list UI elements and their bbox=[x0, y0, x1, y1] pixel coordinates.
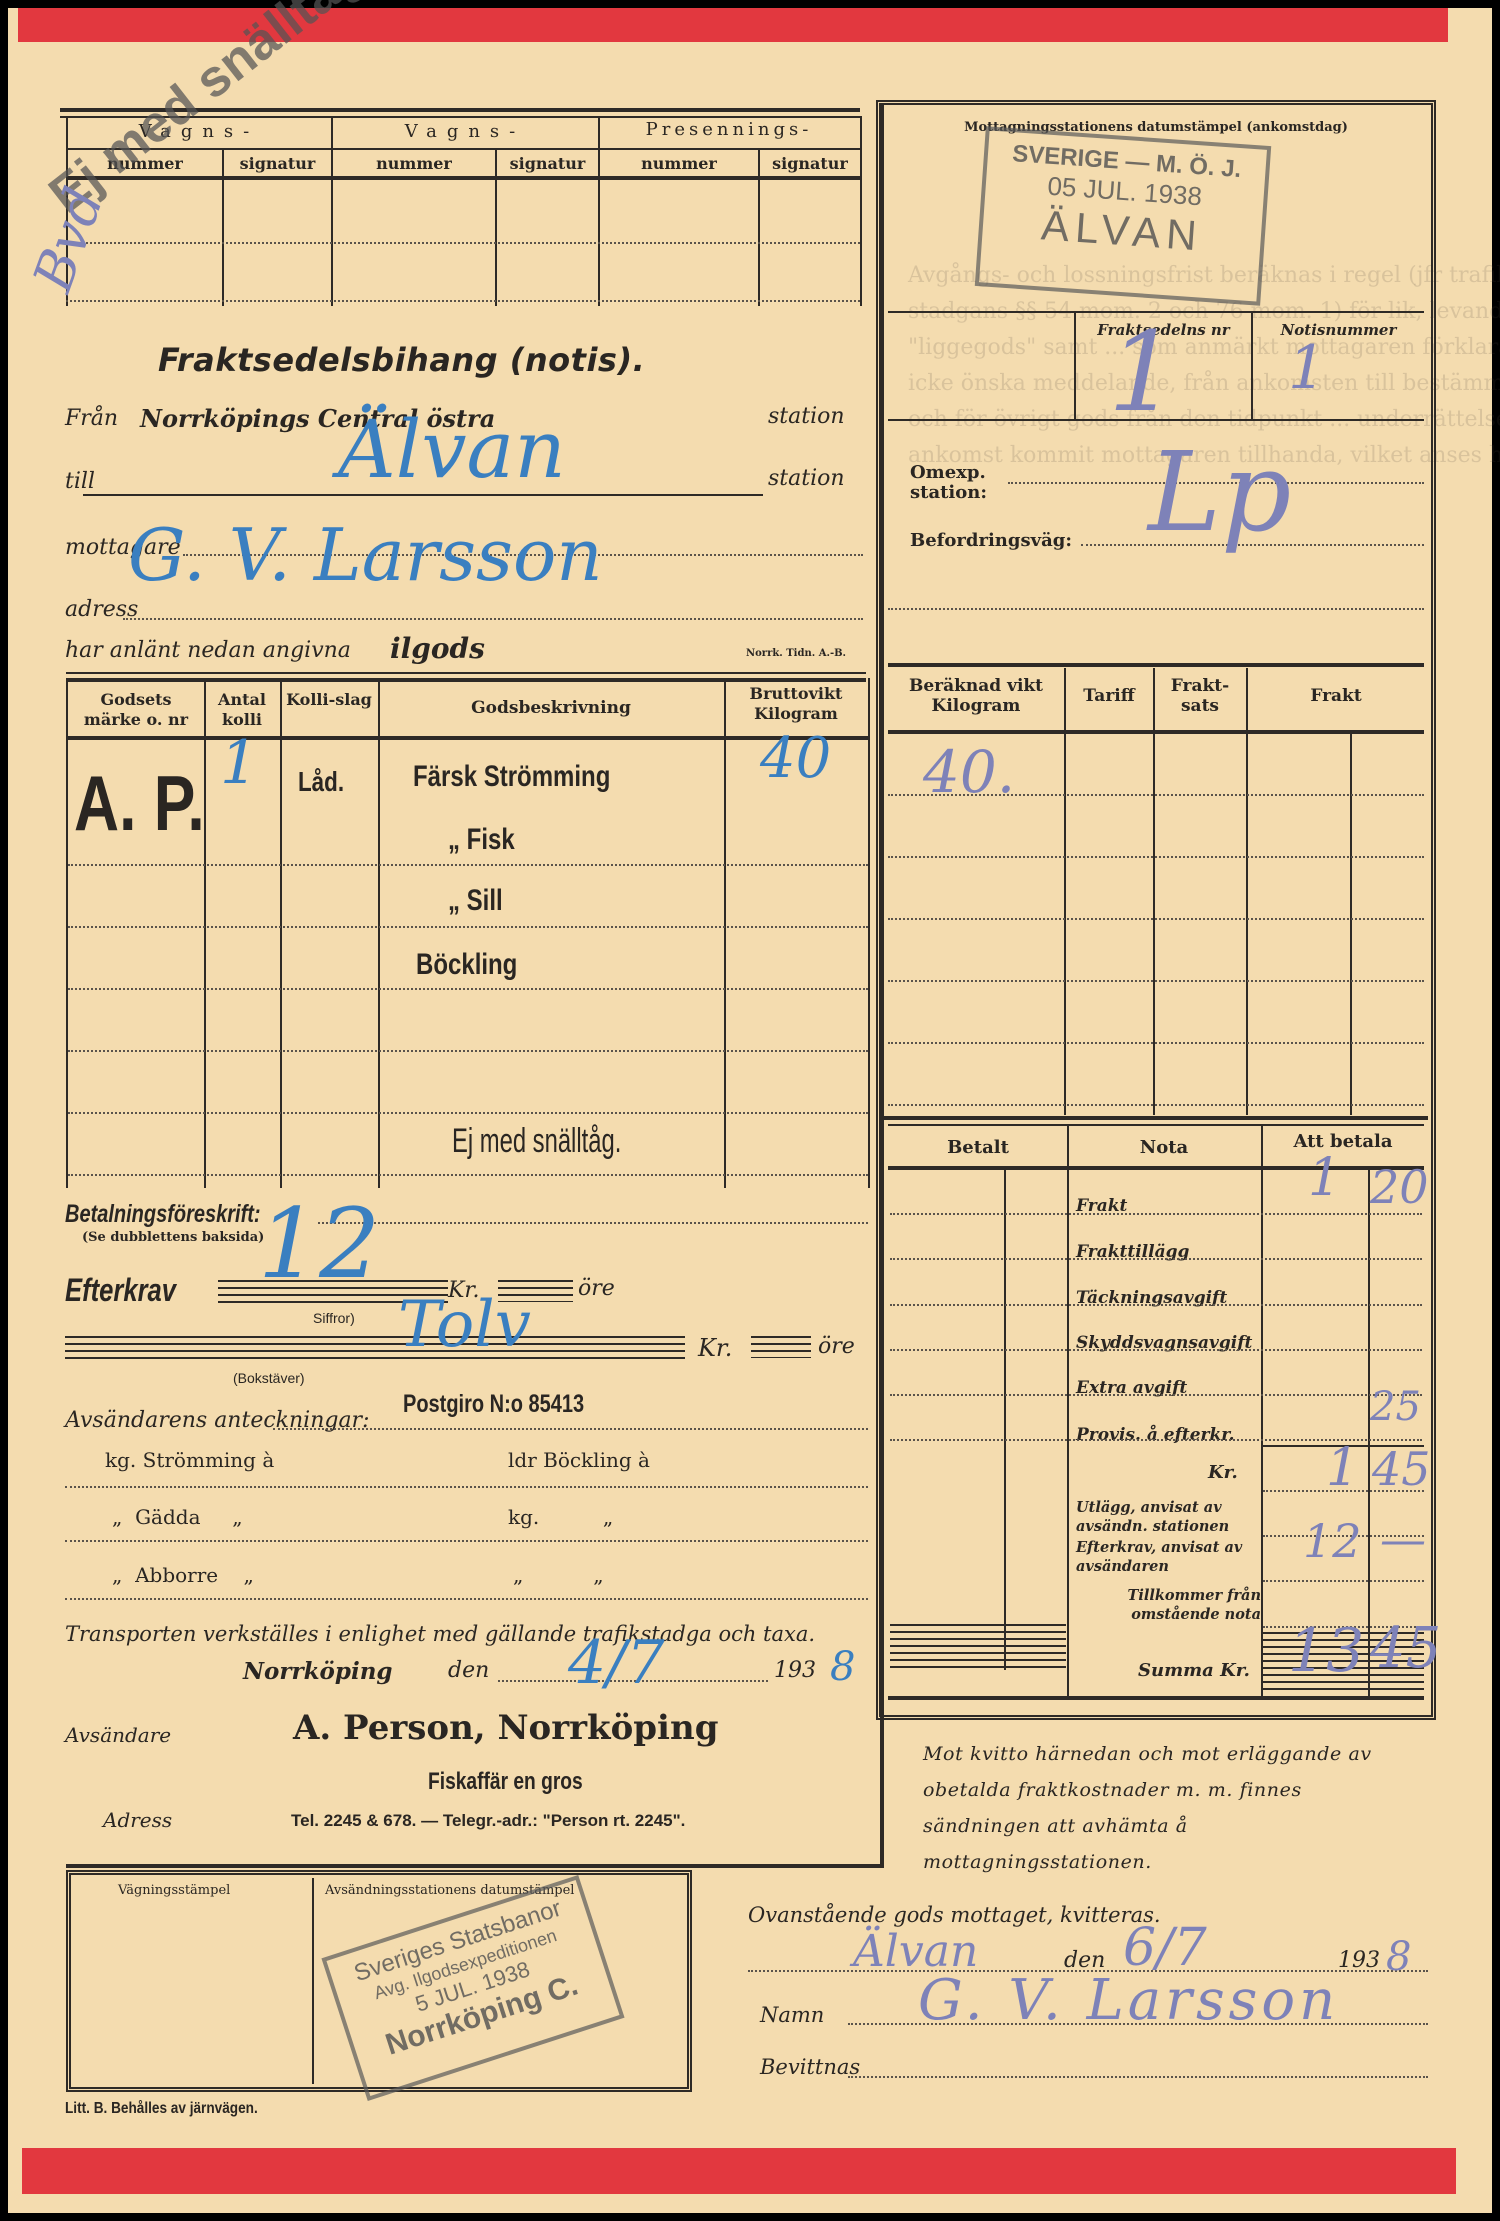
left-form-bottom-border bbox=[66, 1864, 884, 1868]
nota-sum-kr[interactable]: 13 bbox=[1288, 1616, 1364, 1686]
letters-ore-label: öre bbox=[818, 1334, 855, 1359]
goods-row-3 bbox=[68, 988, 868, 990]
notice-number-value[interactable]: 1 bbox=[1288, 333, 1326, 403]
sender-address-label: Adress bbox=[103, 1808, 172, 1832]
freight-header-rule bbox=[888, 730, 1424, 734]
notes-line-2-left: „ Gädda „ bbox=[112, 1505, 243, 1529]
letters-label: (Bokstäver) bbox=[233, 1370, 305, 1386]
goods-header-type: Kolli-slag bbox=[282, 690, 376, 710]
sender-label: Avsändare bbox=[65, 1723, 171, 1747]
notes-rule-1 bbox=[65, 1486, 868, 1488]
freight-row-1 bbox=[888, 794, 1424, 796]
freight-col-2 bbox=[1153, 668, 1155, 1115]
wagon-row-line-2 bbox=[66, 300, 860, 302]
bottom-red-band bbox=[22, 2148, 1456, 2194]
nota-kr-label: Kr. bbox=[1208, 1462, 1238, 1483]
nota-line-9 bbox=[1263, 1580, 1424, 1582]
postgiro: Postgiro N:o 85413 bbox=[403, 1390, 584, 1419]
margin-signature: Bvd bbox=[21, 180, 116, 300]
nota-line-7 bbox=[1263, 1490, 1424, 1492]
tarp-sub-nummer: nummer bbox=[600, 154, 758, 174]
notice-number-label: Notisnummer bbox=[1253, 321, 1424, 339]
notes-rule-2 bbox=[65, 1540, 868, 1542]
dispatch-year[interactable]: 8 bbox=[830, 1644, 855, 1690]
goods-header-rule bbox=[68, 736, 868, 740]
stamp-boxes-divider bbox=[312, 1878, 314, 2084]
dispatch-place: Norrköping bbox=[243, 1658, 393, 1685]
nota-col-2 bbox=[1261, 1124, 1263, 1698]
nota-betalt-sub bbox=[1004, 1170, 1006, 1670]
freight-col-3 bbox=[1246, 668, 1248, 1115]
waybill-paper: Avgångs- och lossningsfrist beräknas i r… bbox=[8, 8, 1492, 2213]
nota-header-to-pay: Att betala bbox=[1263, 1132, 1423, 1152]
receipt-witness-line bbox=[848, 2076, 1428, 2078]
goods-top-rule bbox=[66, 672, 866, 674]
goods-count[interactable]: 1 bbox=[220, 728, 258, 798]
nota-kr-total-kr[interactable]: 1 bbox=[1326, 1438, 1359, 1498]
notes-line-3-right: „ „ bbox=[513, 1563, 604, 1587]
sender-contact: Tel. 2245 & 678. — Telegr.-adr.: "Person… bbox=[291, 1811, 685, 1831]
arrival-rule-3 bbox=[888, 663, 1424, 667]
goods-item-3: „ Sill bbox=[448, 884, 503, 918]
freight-row-6 bbox=[888, 1104, 1424, 1106]
cod-label: Efterkrav bbox=[65, 1272, 176, 1309]
cod-ore-label: öre bbox=[578, 1276, 615, 1301]
freight-col-4 bbox=[1350, 732, 1352, 1115]
nota-line-4 bbox=[890, 1349, 1422, 1351]
goods-package-type: Låd. bbox=[298, 766, 344, 798]
freight-row-2 bbox=[888, 856, 1424, 858]
from-station-label: station bbox=[768, 404, 845, 429]
goods-header-mark: Godsets märke o. nr bbox=[70, 690, 202, 730]
dispatch-den: den bbox=[448, 1658, 489, 1683]
freight-col-1 bbox=[1064, 668, 1066, 1115]
goods-row-6 bbox=[68, 1174, 868, 1176]
goods-item-1: Färsk Strömming bbox=[413, 760, 610, 794]
to-label: till bbox=[65, 469, 95, 494]
route-line-2 bbox=[888, 608, 1424, 610]
nota-line-1 bbox=[890, 1213, 1422, 1215]
freight-header-weight: Beräknad vikt Kilogram bbox=[890, 676, 1062, 716]
goods-row-1 bbox=[68, 864, 868, 866]
notes-line-1-right: ldr Böckling à bbox=[508, 1448, 650, 1472]
nota-cod-ore[interactable]: — bbox=[1380, 1512, 1426, 1566]
freight-header-rate: Frakt-sats bbox=[1155, 676, 1245, 716]
nota-frakt-kr[interactable]: 1 bbox=[1308, 1148, 1341, 1208]
cod-letters-field bbox=[65, 1336, 685, 1364]
transport-note: Transporten verkställes i enlighet med g… bbox=[65, 1622, 815, 1646]
printer-mark: Norrk. Tidn. A.-B. bbox=[746, 648, 846, 659]
wagon-header-rule bbox=[66, 176, 860, 180]
goods-weight[interactable]: 40 bbox=[760, 726, 831, 791]
receipt-name-value[interactable]: G. V. Larsson bbox=[918, 1968, 1339, 2033]
nota-frakt-ore[interactable]: 20 bbox=[1370, 1160, 1429, 1214]
to-value[interactable]: Älvan bbox=[338, 403, 566, 496]
nota-sum-ore[interactable]: 45 bbox=[1370, 1616, 1441, 1681]
nota-top-rule bbox=[884, 1116, 1428, 1120]
goods-header-count: Antal kolli bbox=[206, 690, 278, 730]
nota-provision-ore[interactable]: 25 bbox=[1370, 1384, 1421, 1430]
letters-kr-label: Kr. bbox=[698, 1334, 732, 1362]
nota-col-1 bbox=[1067, 1124, 1069, 1698]
nota-cod-label: Efterkrav, anvisat av avsändaren bbox=[1076, 1538, 1261, 1576]
paid-total-hatch bbox=[890, 1624, 1066, 1668]
arrived-value: ilgods bbox=[390, 632, 485, 665]
notes-rule-3 bbox=[65, 1598, 868, 1600]
freight-row-3 bbox=[888, 918, 1424, 920]
nota-line-5 bbox=[890, 1394, 1422, 1396]
form-footer: Litt. B. Behålles av järnvägen. bbox=[65, 2100, 258, 2118]
goods-right-edge bbox=[868, 678, 870, 1188]
wagon-sub-signatur-2: signatur bbox=[497, 154, 598, 174]
goods-item-2: „ Fisk bbox=[448, 823, 515, 857]
freight-header-freight: Frakt bbox=[1248, 686, 1424, 706]
freight-row-4 bbox=[888, 980, 1424, 982]
nota-header-paid: Betalt bbox=[890, 1138, 1066, 1158]
reexp-station-label: Omexp. station: bbox=[910, 463, 1000, 503]
sender-business: Fiskaffär en gros bbox=[428, 1768, 583, 1796]
notes-line-3-left: „ Abborre „ bbox=[112, 1563, 254, 1587]
receipt-name-label: Namn bbox=[760, 2003, 824, 2027]
wagon-divider-3 bbox=[860, 116, 862, 306]
nota-outlay-label: Utlägg, anvisat av avsändn. stationen bbox=[1076, 1498, 1261, 1536]
freight-row-5 bbox=[888, 1042, 1424, 1044]
receipt-notice: Mot kvitto härnedan och mot erläggande a… bbox=[923, 1736, 1423, 1880]
cod-figures-value[interactable]: 12 bbox=[258, 1188, 380, 1300]
goods-header-description: Godsbeskrivning bbox=[380, 698, 722, 718]
goods-note: Ej med snälltåg. bbox=[452, 1122, 621, 1161]
nota-kr-total-ore[interactable]: 45 bbox=[1372, 1442, 1431, 1496]
payment-instruction-label: Betalningsföreskrift: bbox=[65, 1200, 261, 1229]
arrival-stamp-label: Mottagningsstationens datumstämpel (anko… bbox=[888, 120, 1424, 135]
route-value[interactable]: Lp bbox=[1148, 428, 1291, 556]
sender-notes-line bbox=[273, 1428, 868, 1430]
nota-line-3 bbox=[890, 1304, 1422, 1306]
receipt-year[interactable]: 8 bbox=[1386, 1934, 1411, 1980]
arrived-label: har anlänt nedan angivna bbox=[65, 638, 351, 663]
wagon-group-2: Vagns- bbox=[333, 122, 597, 142]
nota-line-2 bbox=[890, 1258, 1422, 1260]
nota-bottom-rule bbox=[888, 1696, 1424, 1700]
nota-sum-label: Summa Kr. bbox=[1138, 1660, 1250, 1681]
receipt-received: Ovanstående gods mottaget, kvitteras. bbox=[748, 1903, 1161, 1927]
wagon-divider-1 bbox=[331, 116, 333, 306]
nota-top-rule-2 bbox=[888, 1124, 1424, 1126]
letters-ore-field bbox=[751, 1336, 811, 1358]
route-label: Befordringsväg: bbox=[910, 530, 1072, 551]
wagon-sub-nummer-2: nummer bbox=[333, 154, 495, 174]
tarp-group: Presennings- bbox=[600, 120, 858, 140]
dispatch-date[interactable]: 4/7 bbox=[568, 1628, 665, 1698]
arrival-rule-2 bbox=[888, 419, 1424, 421]
wagon-divider-2 bbox=[598, 116, 600, 306]
nota-header-nota: Nota bbox=[1069, 1138, 1259, 1158]
nota-header-rule bbox=[888, 1166, 1424, 1170]
tarp-sub-signatur: signatur bbox=[760, 154, 860, 174]
receipt-witness-label: Bevittnas bbox=[760, 2055, 860, 2079]
notes-line-1-left: kg. Strömming à bbox=[105, 1448, 274, 1472]
recipient-value[interactable]: G. V. Larsson bbox=[128, 513, 603, 597]
address-line bbox=[123, 618, 863, 620]
weighing-stamp-label: Vägningsstämpel bbox=[118, 1883, 230, 1898]
goods-row-4 bbox=[68, 1050, 868, 1052]
wagon-group-rule bbox=[66, 148, 860, 150]
sender-name: A. Person, Norrköping bbox=[293, 1708, 718, 1748]
goods-item-4: Böckling bbox=[416, 948, 517, 982]
wagon-row-line-1 bbox=[66, 242, 860, 244]
freight-header-tariff: Tariff bbox=[1066, 686, 1152, 706]
nota-cod-kr[interactable]: 12 bbox=[1303, 1514, 1362, 1568]
goods-row-5 bbox=[68, 1112, 868, 1114]
from-label: Från bbox=[65, 406, 118, 431]
dispatch-year-prefix: 193 bbox=[774, 1658, 816, 1683]
document-title: Fraktsedelsbihang (notis). bbox=[158, 341, 645, 379]
goods-mark: A. P. bbox=[74, 758, 205, 849]
arrival-date-stamp: SVERIGE — M. Ö. J. 05 JUL. 1938 ÄLVAN bbox=[975, 126, 1271, 306]
wagon-sub-signatur-1: signatur bbox=[224, 154, 331, 174]
payment-instruction-sub: (Se dubblettens baksida) bbox=[82, 1230, 264, 1245]
nota-row-provision: Provis. å efterkr. bbox=[1076, 1425, 1235, 1445]
goods-header-weight: Bruttovikt Kilogram bbox=[726, 684, 866, 724]
cod-letters-value[interactable]: Tolv bbox=[398, 1288, 531, 1362]
payment-instruction-line bbox=[318, 1222, 868, 1224]
figures-label: Siffror) bbox=[313, 1310, 355, 1326]
goods-top-rule-2 bbox=[66, 678, 866, 682]
nota-carry-label: Tillkommer från omstående nota bbox=[1076, 1586, 1261, 1624]
to-station-label: station bbox=[768, 466, 845, 491]
waybill-number-value[interactable]: 1 bbox=[1108, 308, 1178, 436]
receipt-year-prefix: 193 bbox=[1338, 1948, 1380, 1973]
notes-line-2-right: kg. „ bbox=[508, 1505, 613, 1529]
goods-row-2 bbox=[68, 926, 868, 928]
